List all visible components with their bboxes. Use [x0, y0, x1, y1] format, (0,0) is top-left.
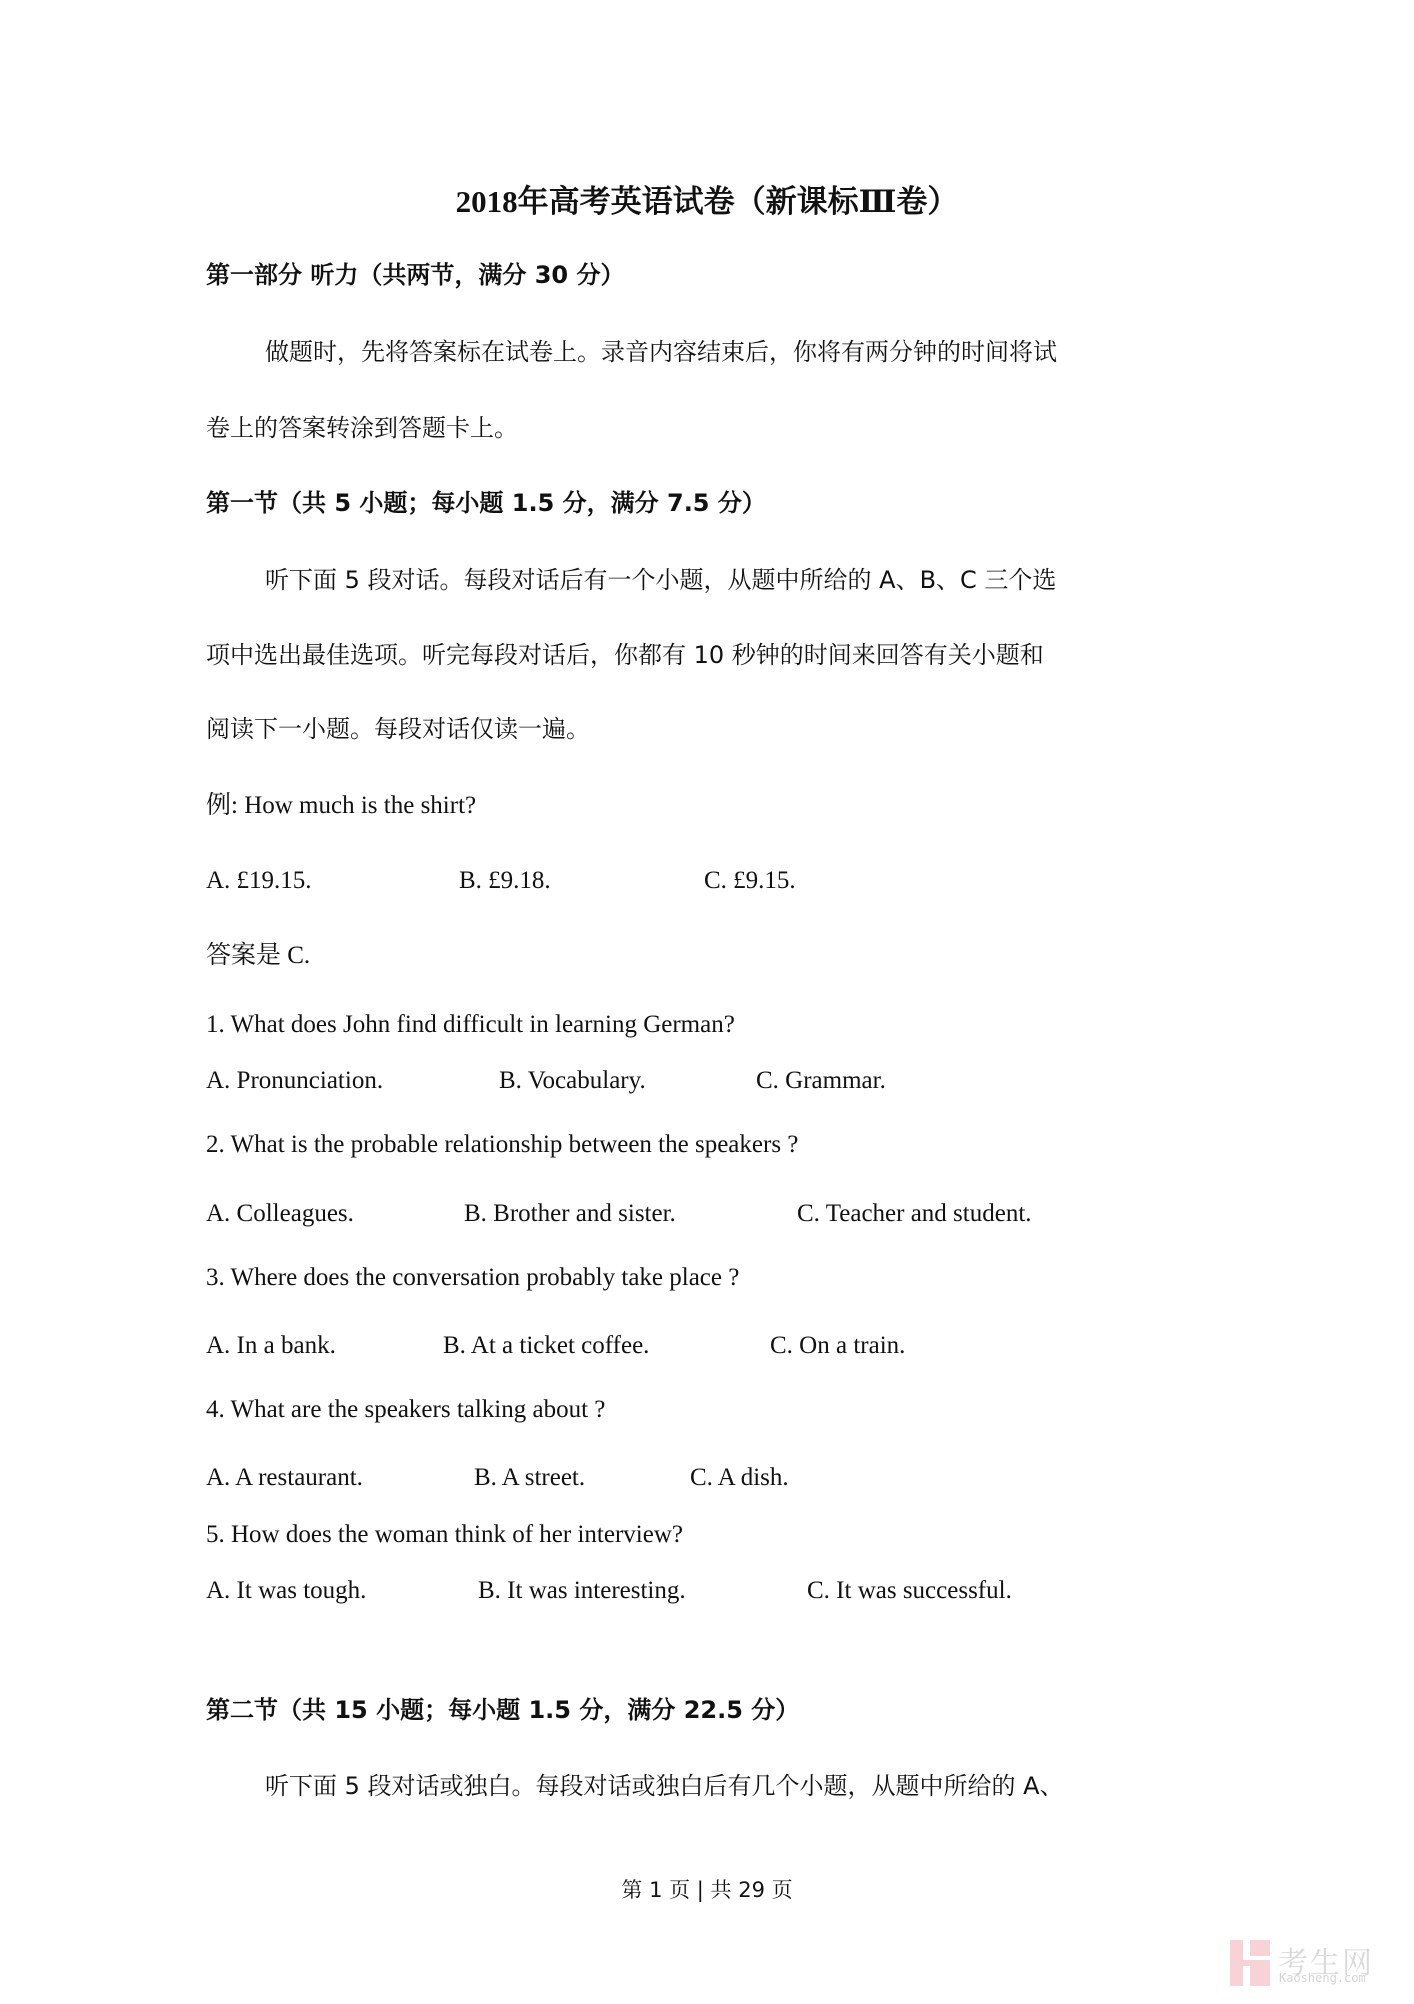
section1-instructions-line-2: 项中选出最佳选项。听完每段对话后，你都有 10 秒钟的时间来回答有关小题和 [206, 643, 1044, 667]
section1-instructions-line-3: 阅读下一小题。每段对话仅读一遍。 [206, 717, 590, 741]
page-title: 2018年高考英语试卷（新课标Ⅲ卷） [0, 186, 1414, 217]
q2-option-a: A. Colleagues. [206, 1201, 354, 1226]
example-option-a: A. £19.15. [206, 868, 312, 893]
section1-instructions-line-1: 听下面 5 段对话。每段对话后有一个小题，从题中所给的 A、B、C 三个选 [265, 568, 1056, 592]
q5-option-c: C. It was successful. [807, 1578, 1012, 1603]
q4-option-b: B. A street. [474, 1465, 585, 1490]
part1-instructions-line-1: 做题时，先将答案标在试卷上。录音内容结束后，你将有两分钟的时间将试 [265, 340, 1057, 364]
watermark: 考生网 Kaosheng.com [1230, 1940, 1395, 1986]
page-footer: 第 1 页 | 共 29 页 [0, 1880, 1414, 1901]
example-option-b: B. £9.18. [459, 868, 551, 893]
section1-heading: 第一节（共 5 小题；每小题 1.5 分，满分 7.5 分） [206, 491, 766, 515]
q1-option-a: A. Pronunciation. [206, 1068, 383, 1093]
q3-option-a: A. In a bank. [206, 1333, 336, 1358]
q5-option-a: A. It was tough. [206, 1578, 366, 1603]
q4-option-a: A. A restaurant. [206, 1465, 363, 1490]
part1-instructions-line-2: 卷上的答案转涂到答题卡上。 [206, 416, 518, 440]
q2-option-c: C. Teacher and student. [797, 1201, 1032, 1226]
question-5: 5. How does the woman think of her inter… [206, 1522, 683, 1547]
kaosheng-logo-icon [1230, 1940, 1270, 1986]
q1-option-b: B. Vocabulary. [499, 1068, 646, 1093]
question-3: 3. Where does the conversation probably … [206, 1265, 739, 1290]
watermark-text-en: Kaosheng.com [1279, 1971, 1366, 1985]
q1-option-c: C. Grammar. [756, 1068, 886, 1093]
q3-option-b: B. At a ticket coffee. [443, 1333, 649, 1358]
question-4: 4. What are the speakers talking about ? [206, 1397, 605, 1422]
q4-option-c: C. A dish. [690, 1465, 789, 1490]
section2-instructions-line-1: 听下面 5 段对话或独白。每段对话或独白后有几个小题，从题中所给的 A、 [265, 1774, 1064, 1798]
question-2: 2. What is the probable relationship bet… [206, 1132, 798, 1157]
q3-option-c: C. On a train. [770, 1333, 905, 1358]
example-question: 例: How much is the shirt? [206, 793, 476, 818]
section2-heading: 第二节（共 15 小题；每小题 1.5 分，满分 22.5 分） [206, 1698, 799, 1722]
q5-option-b: B. It was interesting. [478, 1578, 686, 1603]
q2-option-b: B. Brother and sister. [464, 1201, 676, 1226]
example-option-c: C. £9.15. [704, 868, 796, 893]
part1-heading: 第一部分 听力（共两节，满分 30 分） [206, 263, 624, 287]
example-answer: 答案是 C. [206, 943, 310, 968]
question-1: 1. What does John find difficult in lear… [206, 1012, 735, 1037]
